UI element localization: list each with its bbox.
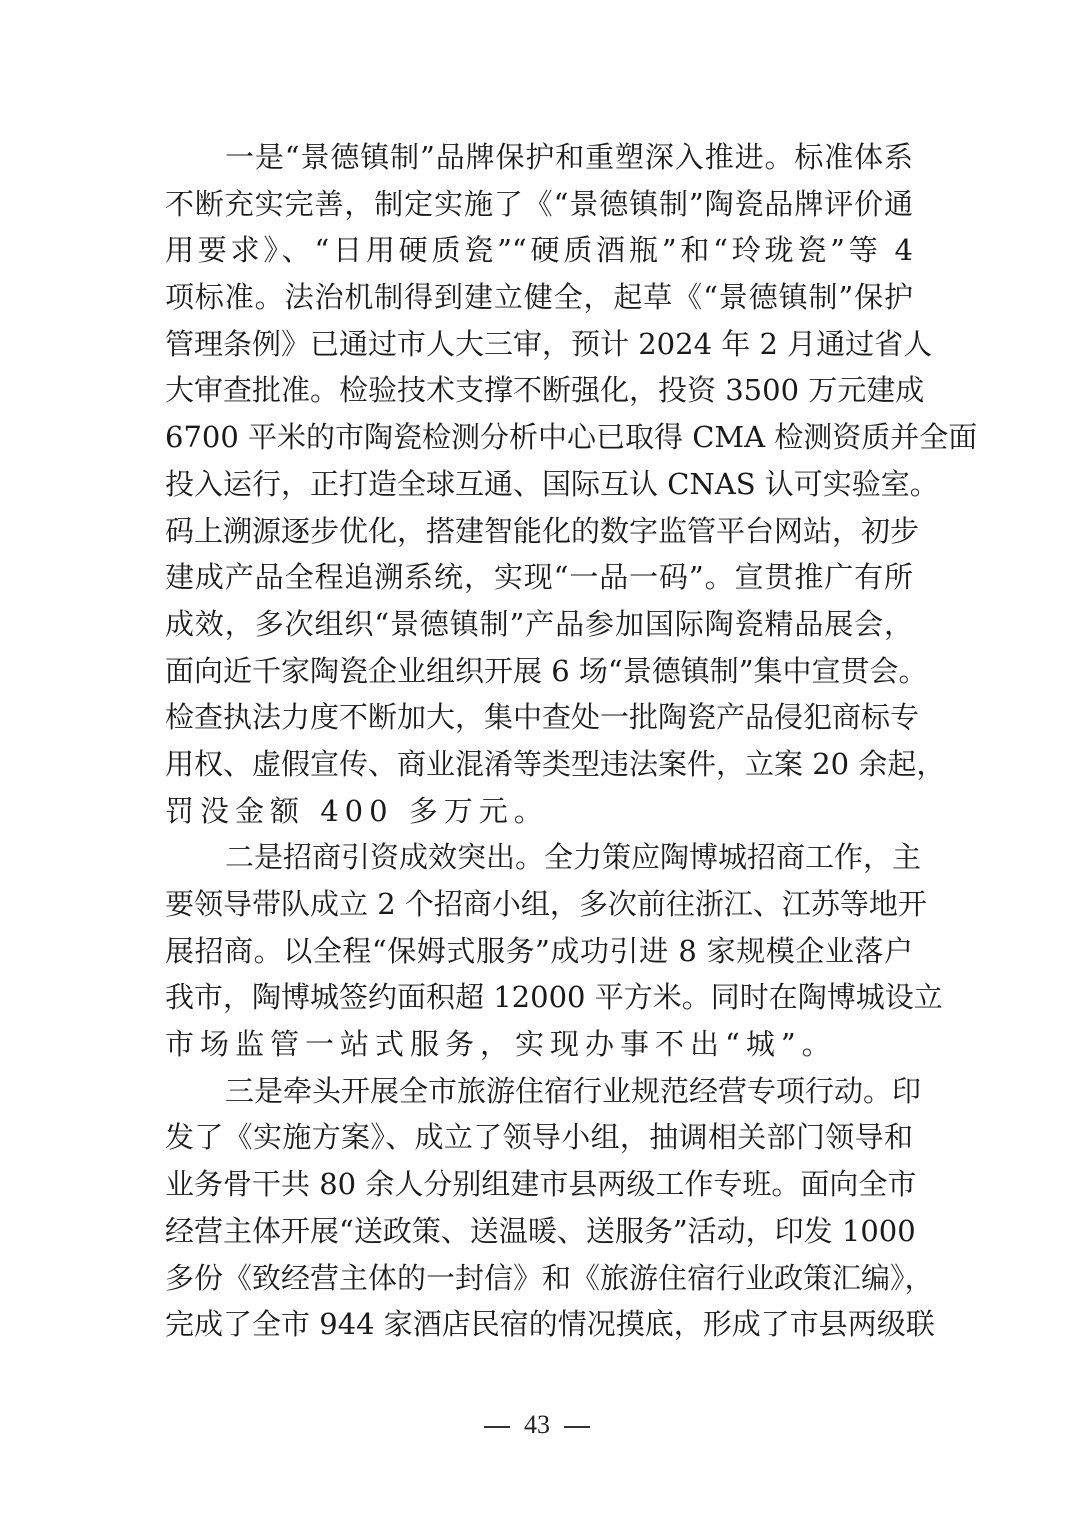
paragraph-3-line-4: 经营主体开展“送政策、送温暖、送服务”活动，印发 1000 <box>165 1208 913 1255</box>
paragraph-1-line-10: 建成产品全程追溯系统，实现“一品一码”。宣贯推广有所 <box>165 554 913 601</box>
paragraph-2-line-3: 展招商。以全程“保姆式服务”成功引进 8 家规模企业落户 <box>165 928 913 975</box>
paragraph-2-line-1: 二是招商引资成效突出。全力策应陶博城招商工作，主 <box>165 834 913 881</box>
paragraph-2-line-5: 市场监管一站式服务，实现办事不出“城”。 <box>165 1021 913 1068</box>
paragraph-1-line-1: 一是“景德镇制”品牌保护和重塑深入推进。标准体系 <box>165 134 913 181</box>
right-dash-decoration <box>564 1426 590 1428</box>
paragraph-1-line-2: 不断充实完善，制定实施了《“景德镇制”陶瓷品牌评价通 <box>165 181 913 228</box>
paragraph-1-line-15: 罚没金额 400 多万元。 <box>165 788 913 835</box>
paragraph-1-line-14: 用权、虚假宣传、商业混淆等类型违法案件，立案 20 余起， <box>165 741 913 788</box>
paragraph-3-line-6: 完成了全市 944 家酒店民宿的情况摸底，形成了市县两级联 <box>165 1301 913 1348</box>
document-page: 一是“景德镇制”品牌保护和重塑深入推进。标准体系 不断充实完善，制定实施了《“景… <box>0 0 1074 1520</box>
paragraph-3-line-2: 发了《实施方案》、成立了领导小组，抽调相关部门领导和 <box>165 1114 913 1161</box>
paragraph-3-line-1: 三是牵头开展全市旅游住宿行业规范经营专项行动。印 <box>165 1068 913 1115</box>
paragraph-1-line-13: 检查执法力度不断加大，集中查处一批陶瓷产品侵犯商标专 <box>165 694 913 741</box>
paragraph-3-line-5: 多份《致经营主体的一封信》和《旅游住宿行业政策汇编》， <box>165 1255 913 1302</box>
paragraph-1-line-6: 大审查批准。检验技术支撑不断强化，投资 3500 万元建成 <box>165 367 913 414</box>
left-dash-decoration <box>484 1426 510 1428</box>
paragraph-3-line-3: 业务骨干共 80 余人分别组建市县两级工作专班。面向全市 <box>165 1161 913 1208</box>
page-number: 43 <box>524 1410 550 1439</box>
paragraph-2-line-4: 我市，陶博城签约面积超 12000 平方米。同时在陶博城设立 <box>165 974 913 1021</box>
paragraph-1-line-8: 投入运行，正打造全球互通、国际互认 CNAS 认可实验室。 <box>165 461 913 508</box>
paragraph-1-line-3: 用要求》、“日用硬质瓷”“硬质酒瓶”和“玲珑瓷”等 4 <box>165 227 913 274</box>
paragraph-1-line-9: 码上溯源逐步优化，搭建智能化的数字监管平台网站，初步 <box>165 508 913 555</box>
paragraph-1-line-12: 面向近千家陶瓷企业组织开展 6 场“景德镇制”集中宣贯会。 <box>165 648 913 695</box>
paragraph-1-line-7: 6700 平米的市陶瓷检测分析中心已取得 CMA 检测资质并全面 <box>165 414 913 461</box>
paragraph-1-line-5: 管理条例》已通过市人大三审，预计 2024 年 2 月通过省人 <box>165 321 913 368</box>
body-text: 一是“景德镇制”品牌保护和重塑深入推进。标准体系 不断充实完善，制定实施了《“景… <box>165 134 913 1348</box>
paragraph-2-line-2: 要领导带队成立 2 个招商小组，多次前往浙江、江苏等地开 <box>165 881 913 928</box>
paragraph-1-line-11: 成效，多次组织“景德镇制”产品参加国际陶瓷精品展会， <box>165 601 913 648</box>
page-footer: 43 <box>0 1410 1074 1440</box>
paragraph-1-line-4: 项标准。法治机制得到建立健全，起草《“景德镇制”保护 <box>165 274 913 321</box>
